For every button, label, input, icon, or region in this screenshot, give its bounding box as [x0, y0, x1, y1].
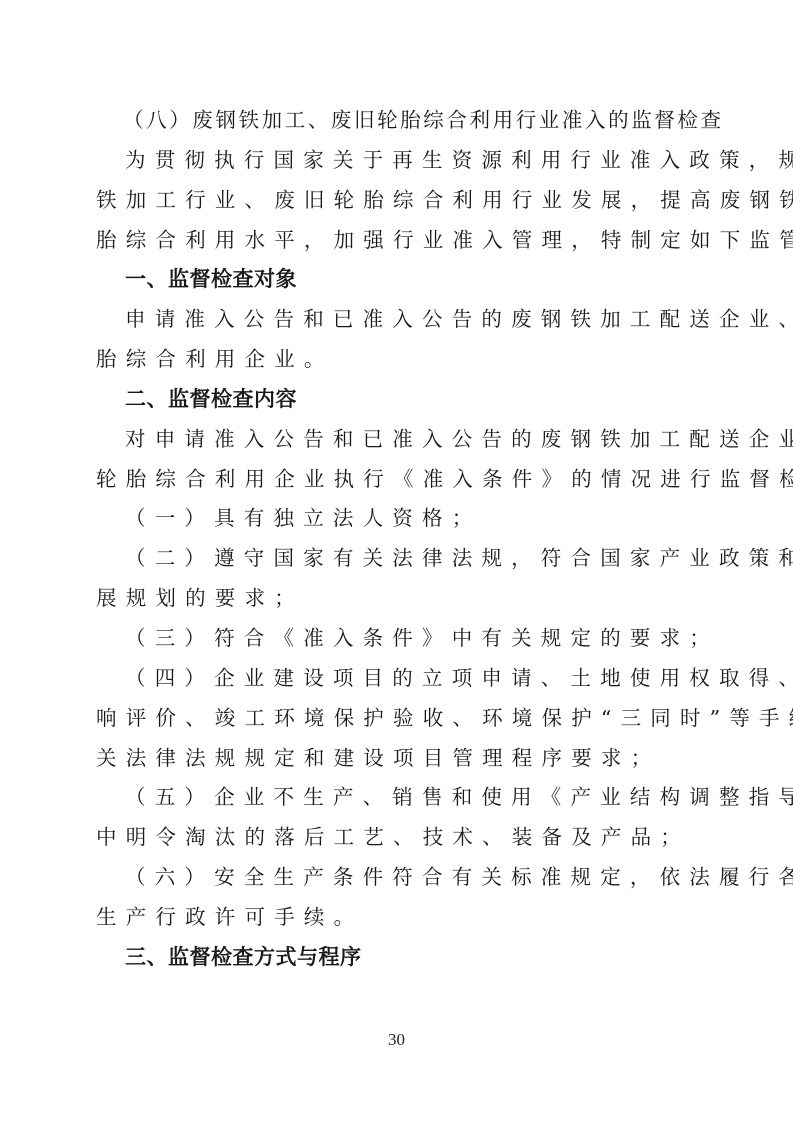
intro-line: 铁加工行业、废旧轮胎综合利用行业发展，提高废钢铁、废旧轮	[96, 181, 700, 221]
document-page: （八）废钢铁加工、废旧轮胎综合利用行业准入的监督检查 为贯彻执行国家关于再生资源…	[96, 101, 700, 978]
list-item-2-cont: 展规划的要求；	[96, 579, 700, 619]
heading-inspection-content: 二、监督检查内容	[96, 380, 700, 420]
section-title: （八）废钢铁加工、废旧轮胎综合利用行业准入的监督检查	[96, 101, 700, 141]
list-item-4-cont: 关法律法规规定和建设项目管理程序要求；	[96, 739, 700, 779]
intro-line: 为贯彻执行国家关于再生资源利用行业准入政策，规范废钢	[96, 141, 700, 181]
list-item-2: （二）遵守国家有关法律法规，符合国家产业政策和行业发	[96, 539, 700, 579]
heading-inspection-method: 三、监督检查方式与程序	[96, 938, 700, 978]
heading-inspection-object: 一、监督检查对象	[96, 260, 700, 300]
list-item-4-cont: 响评价、竣工环境保护验收、环境保护“三同时”等手续符合相	[96, 699, 700, 739]
list-item-6: （六）安全生产条件符合有关标准规定，依法履行各项安全	[96, 858, 700, 898]
content-paragraph-line: 对申请准入公告和已准入公告的废钢铁加工配送企业、废旧	[96, 420, 700, 460]
list-item-3: （三）符合《准入条件》中有关规定的要求；	[96, 619, 700, 659]
page-number: 30	[0, 1030, 793, 1050]
list-item-4: （四）企业建设项目的立项申请、土地使用权取得、环境影	[96, 659, 700, 699]
intro-line: 胎综合利用水平，加强行业准入管理，特制定如下监管制度：	[96, 221, 700, 261]
list-item-5-cont: 中明令淘汰的落后工艺、技术、装备及产品；	[96, 818, 700, 858]
list-item-6-cont: 生产行政许可手续。	[96, 898, 700, 938]
list-item-5: （五）企业不生产、销售和使用《产业结构调整指导目录》	[96, 778, 700, 818]
object-paragraph-line: 申请准入公告和已准入公告的废钢铁加工配送企业、废旧轮	[96, 300, 700, 340]
content-paragraph-line: 轮胎综合利用企业执行《准入条件》的情况进行监督检查：	[96, 460, 700, 500]
list-item-1: （一）具有独立法人资格；	[96, 499, 700, 539]
object-paragraph-line: 胎综合利用企业。	[96, 340, 700, 380]
